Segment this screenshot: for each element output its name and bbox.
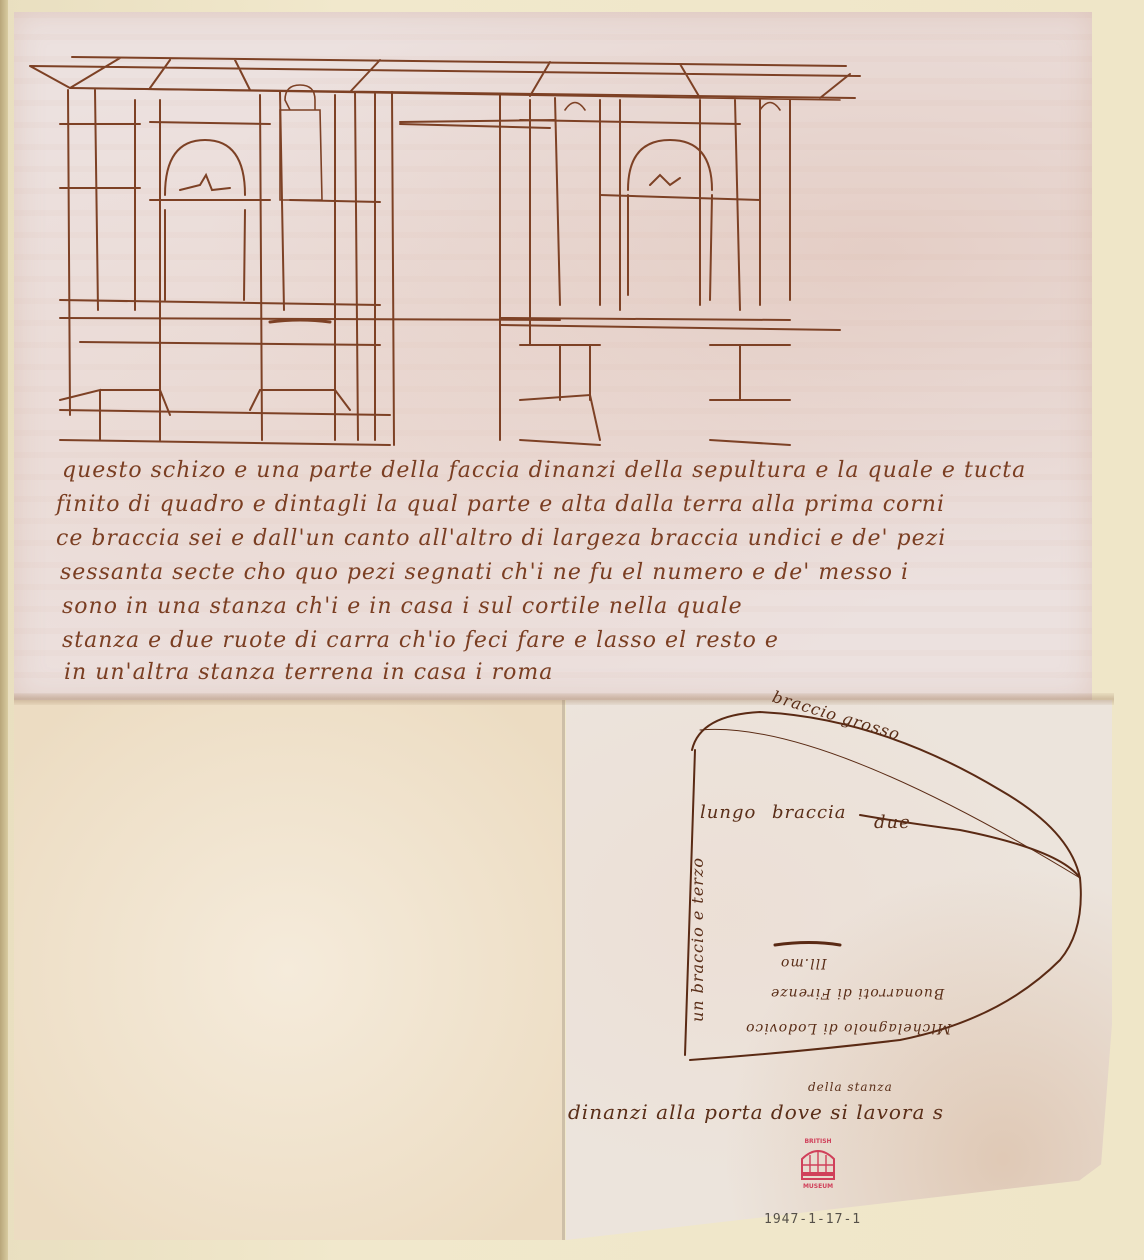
stamp-top-text: BRITISH bbox=[790, 1138, 846, 1145]
block-dimension-sketch bbox=[0, 0, 1144, 1260]
note-inverted-ill: Ill.mo bbox=[780, 955, 827, 971]
crown-icon bbox=[798, 1147, 838, 1181]
note-inverted-michelagnolo: Michelagnolo di Lodovico bbox=[745, 1020, 951, 1036]
note-inverted-firenze: Buonarroti di Firenze bbox=[770, 985, 944, 1001]
note-braccia: braccia bbox=[772, 802, 847, 823]
museum-stamp: BRITISH MUSEUM bbox=[790, 1138, 846, 1202]
note-vertical-braccio: un braccio e terzo bbox=[688, 857, 707, 1022]
note-bottom-line: dinanzi alla porta dove si lavora s bbox=[568, 1100, 944, 1124]
note-due: due bbox=[874, 812, 911, 833]
note-della-stanza: della stanza bbox=[808, 1080, 893, 1094]
note-lungo: lungo bbox=[700, 802, 756, 823]
accession-number: 1947-1-17-1 bbox=[764, 1212, 861, 1227]
stamp-bottom-text: MUSEUM bbox=[790, 1183, 846, 1190]
